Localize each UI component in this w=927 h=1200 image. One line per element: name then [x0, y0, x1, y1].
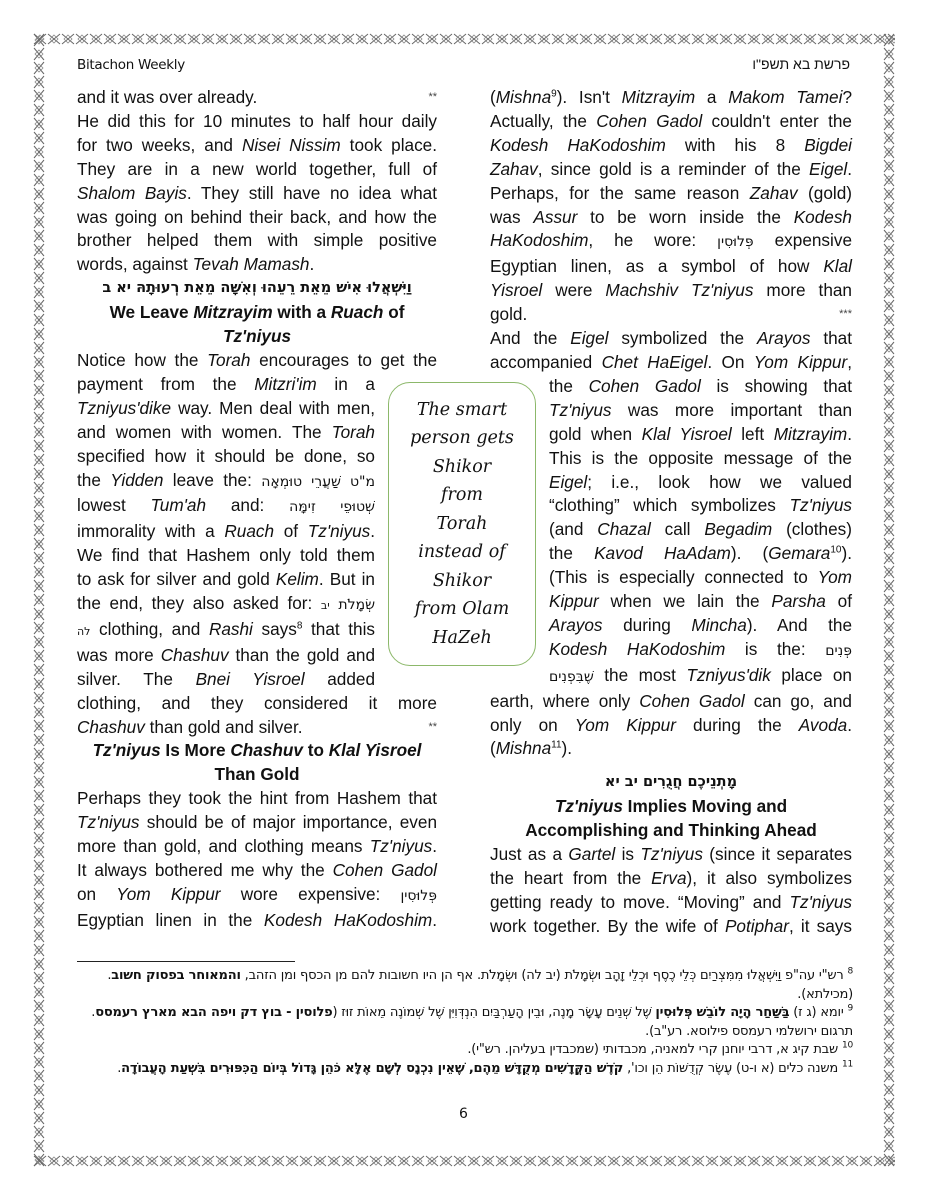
- heading-line: Tz'niyus Is More Chashuv to Klal Yisroel: [77, 739, 437, 763]
- border-right: [883, 33, 895, 1167]
- text-line: Yisroel were Machshiv Tz'niyus more than: [490, 279, 852, 303]
- text-line: They are in a new world together, full o…: [77, 158, 437, 182]
- callout-line: Shikor: [433, 453, 491, 482]
- text-line: Tz'niyus was more important than: [549, 399, 852, 423]
- text-line: immorality with a Ruach of Tz'niyus.: [77, 520, 375, 544]
- heading-line: Tz'niyus Implies Moving and: [490, 795, 852, 819]
- text-line: Actually, the Cohen Gadol couldn't enter…: [490, 110, 852, 134]
- footnote-number: 9: [847, 1004, 853, 1014]
- publication-title: Bitachon Weekly: [77, 57, 185, 73]
- text-line: Egyptian linen, as a symbol of how Klal: [490, 255, 852, 279]
- footnote-11: 11 משנה כלים (א ו-ט) עֶשֶׂר קְדֻשּׁוֹת ה…: [77, 1060, 853, 1079]
- text-line: Kodesh HaKodoshim is the: פְּנִים: [549, 638, 852, 664]
- callout-line: from: [441, 481, 483, 510]
- text-line: getting ready to move. “Moving” and Tz'n…: [490, 891, 852, 915]
- text-line: (and Chazal call Begadim (clothes): [549, 518, 852, 542]
- text-line: more than gold, and clothing means Tz'ni…: [77, 835, 437, 859]
- text-line: Kodesh HaKodoshim with his 8 Bigdei: [490, 134, 852, 158]
- text-line: (Mishna9). Isn't Mitzrayim a Makom Tamei…: [490, 86, 852, 110]
- footnotes: 8 רש"י עה"פ וַיִּשְׁאֲלוּ מִמִּצְרַיִם כ…: [77, 967, 853, 1078]
- left-column: and it was over already. ** He did this …: [77, 86, 437, 933]
- text-line: Tzniyus'dike way. Men deal with men,: [77, 397, 375, 421]
- hebrew-verse: וַיִּשְׁאֲלוּ אִישׁ מֵאֵת רֵעֵהוּ וְאִשָ…: [77, 277, 437, 301]
- text-line: שֶׁבִּפְנִים the most Tzniyus'dik place …: [549, 664, 852, 690]
- text-line: Tz'niyus should be of major importance, …: [77, 811, 437, 835]
- section-separator: ***: [839, 303, 852, 327]
- text-line: Perhaps, for the same reason Zahav (gold…: [490, 182, 852, 206]
- section-heading: מָתְנֵיכֶם חֲגֻרִים יב יא Tz'niyus Impli…: [490, 771, 852, 843]
- text-line: Kippur when we lain the Parsha of: [549, 590, 852, 614]
- text-line: We find that Hashem only told them: [77, 544, 375, 568]
- text-line: the Yidden leave the: מ"ט שַׁעֲרֵי טוּמְ…: [77, 469, 375, 495]
- callout-line: Shikor: [433, 567, 491, 596]
- text-line: gold.: [490, 303, 527, 327]
- text-line: And the Eigel symbolized the Arayos that: [490, 327, 852, 351]
- text-line: It always bothered me why the Cohen Gado…: [77, 859, 437, 883]
- text-line: Perhaps they took the hint from Hashem t…: [77, 787, 437, 811]
- text-line: clothing, and they considered it more: [77, 692, 437, 716]
- section-heading: Tz'niyus Is More Chashuv to Klal Yisroel…: [77, 739, 437, 787]
- footnote-separator: [77, 961, 295, 962]
- text-line: He did this for 10 minutes to half hour …: [77, 110, 437, 134]
- callout-line: Torah: [437, 510, 488, 539]
- text-line: for two weeks, and Nisei Nissim took pla…: [77, 134, 437, 158]
- footnote-8: 8 רש"י עה"פ וַיִּשְׁאֲלוּ מִמִּצְרַיִם כ…: [77, 967, 853, 1004]
- text-line: Eigel; i.e., look how we valued: [549, 471, 852, 495]
- border-left: [33, 33, 45, 1167]
- footnote-10: 10 שבת קיג א, דרבי יוחנן קרי למאניה, מכב…: [77, 1041, 853, 1060]
- paragraph: (Mishna9). Isn't Mitzrayim a Makom Tamei…: [490, 86, 852, 327]
- text-line: was Assur to be worn inside the Kodesh: [490, 206, 852, 230]
- footnote-9: 9 יומא (ג ז) בַּשַּׁחַר הָיָה לוֹבֵשׁ פְ…: [77, 1004, 853, 1041]
- paragraph: Perhaps they took the hint from Hashem t…: [77, 787, 437, 932]
- footnote-number: 8: [847, 967, 853, 977]
- heading-line: Tz'niyus: [77, 325, 437, 349]
- text-line: the Kavod HaAdam). (Gemara10).: [549, 542, 852, 566]
- text-line: Zahav, since gold is a reminder of the E…: [490, 158, 852, 182]
- text-line: lowest Tum'ah and: שְׁטוּפֵי זִימָּה: [77, 494, 375, 520]
- paragraph: Notice how the Torah encourages to get t…: [77, 349, 437, 740]
- text-line: Chashuv than gold and silver.: [77, 716, 303, 740]
- section-separator: **: [428, 86, 437, 110]
- text-line: Notice how the Torah encourages to get t…: [77, 349, 437, 373]
- border-top: [33, 33, 895, 45]
- text-line: Egyptian linen in the Kodesh HaKodoshim.: [77, 909, 437, 933]
- text-line: was more Chashuv than the gold and: [77, 644, 375, 668]
- paragraph: He did this for 10 minutes to half hour …: [77, 110, 437, 277]
- section-heading: וַיִּשְׁאֲלוּ אִישׁ מֵאֵת רֵעֵהוּ וְאִשָ…: [77, 277, 437, 349]
- heading-line: We Leave Mitzrayim with a Ruach of: [77, 301, 437, 325]
- paragraph: And the Eigel symbolized the Arayos that…: [490, 327, 852, 761]
- text-line: work together. By the wife of Potiphar, …: [490, 915, 852, 939]
- text-line: (This is especially connected to Yom: [549, 566, 852, 590]
- text-line: Arayos during Mincha). And the: [549, 614, 852, 638]
- text-line: words, against Tevah Mamash.: [77, 253, 437, 277]
- text-line: silver. The Bnei Yisroel added: [77, 668, 375, 692]
- text-line: earth, where only Cohen Gadol can go, an…: [490, 690, 852, 714]
- heading-line: Accomplishing and Thinking Ahead: [490, 819, 852, 843]
- hebrew-verse: מָתְנֵיכֶם חֲגֻרִים יב יא: [490, 771, 852, 795]
- text-line: only on Yom Kippur during the Avoda.: [490, 714, 852, 738]
- text-line: Shalom Bayis. They still have no idea wh…: [77, 182, 437, 206]
- text-line: the heart from the Erva), it also symbol…: [490, 867, 852, 891]
- text-line: accompanied Chet HaEigel. On Yom Kippur,: [490, 351, 852, 375]
- right-column: (Mishna9). Isn't Mitzrayim a Makom Tamei…: [490, 86, 852, 939]
- text-line: (Mishna11).: [490, 737, 852, 761]
- parsha-title: פרשת בא תשפ"ו: [752, 56, 850, 72]
- border-bottom: [33, 1155, 895, 1167]
- paragraph-ending: gold.***: [490, 303, 852, 327]
- paragraph: Just as a Gartel is Tz'niyus (since it s…: [490, 843, 852, 939]
- text-line: the Cohen Gadol is showing that: [549, 375, 852, 399]
- footnote-number: 11: [842, 1059, 853, 1069]
- text-line: to ask for silver and gold Kelim. But in: [77, 568, 375, 592]
- callout-line: HaZeh: [432, 624, 491, 653]
- text-line: This is the opposite message of the: [549, 447, 852, 471]
- text-line: specified how it should be done, so: [77, 445, 375, 469]
- text-line: HaKodoshim, he wore: פְּלוּסִין expensiv…: [490, 229, 852, 255]
- text-line: payment from the Mitzri'im in a: [77, 373, 375, 397]
- text-line: and it was over already.: [77, 86, 257, 110]
- text-line: Just as a Gartel is Tz'niyus (since it s…: [490, 843, 852, 867]
- heading-line: Than Gold: [77, 763, 437, 787]
- footnote-number: 10: [842, 1041, 853, 1051]
- text-line: “clothing” which symbolizes Tz'niyus: [549, 494, 852, 518]
- text-line: the end, they also asked for: שְׂמָלֹת י…: [77, 592, 375, 618]
- text-line: was going on behind their back, and how …: [77, 206, 437, 230]
- paragraph-ending: and it was over already. **: [77, 86, 437, 110]
- text-line: gold when Klal Yisroel left Mitzrayim.: [549, 423, 852, 447]
- section-separator: **: [428, 716, 437, 740]
- text-line: and women with women. The Torah: [77, 421, 375, 445]
- page-number: 6: [0, 1106, 927, 1122]
- paragraph-ending: Chashuv than gold and silver.**: [77, 716, 437, 740]
- text-line: brother helped them with simple positive: [77, 229, 437, 253]
- text-line: לה clothing, and Rashi says8 that this: [77, 618, 375, 644]
- text-line: on Yom Kippur wore expensive: פְּלוּסִין: [77, 883, 437, 909]
